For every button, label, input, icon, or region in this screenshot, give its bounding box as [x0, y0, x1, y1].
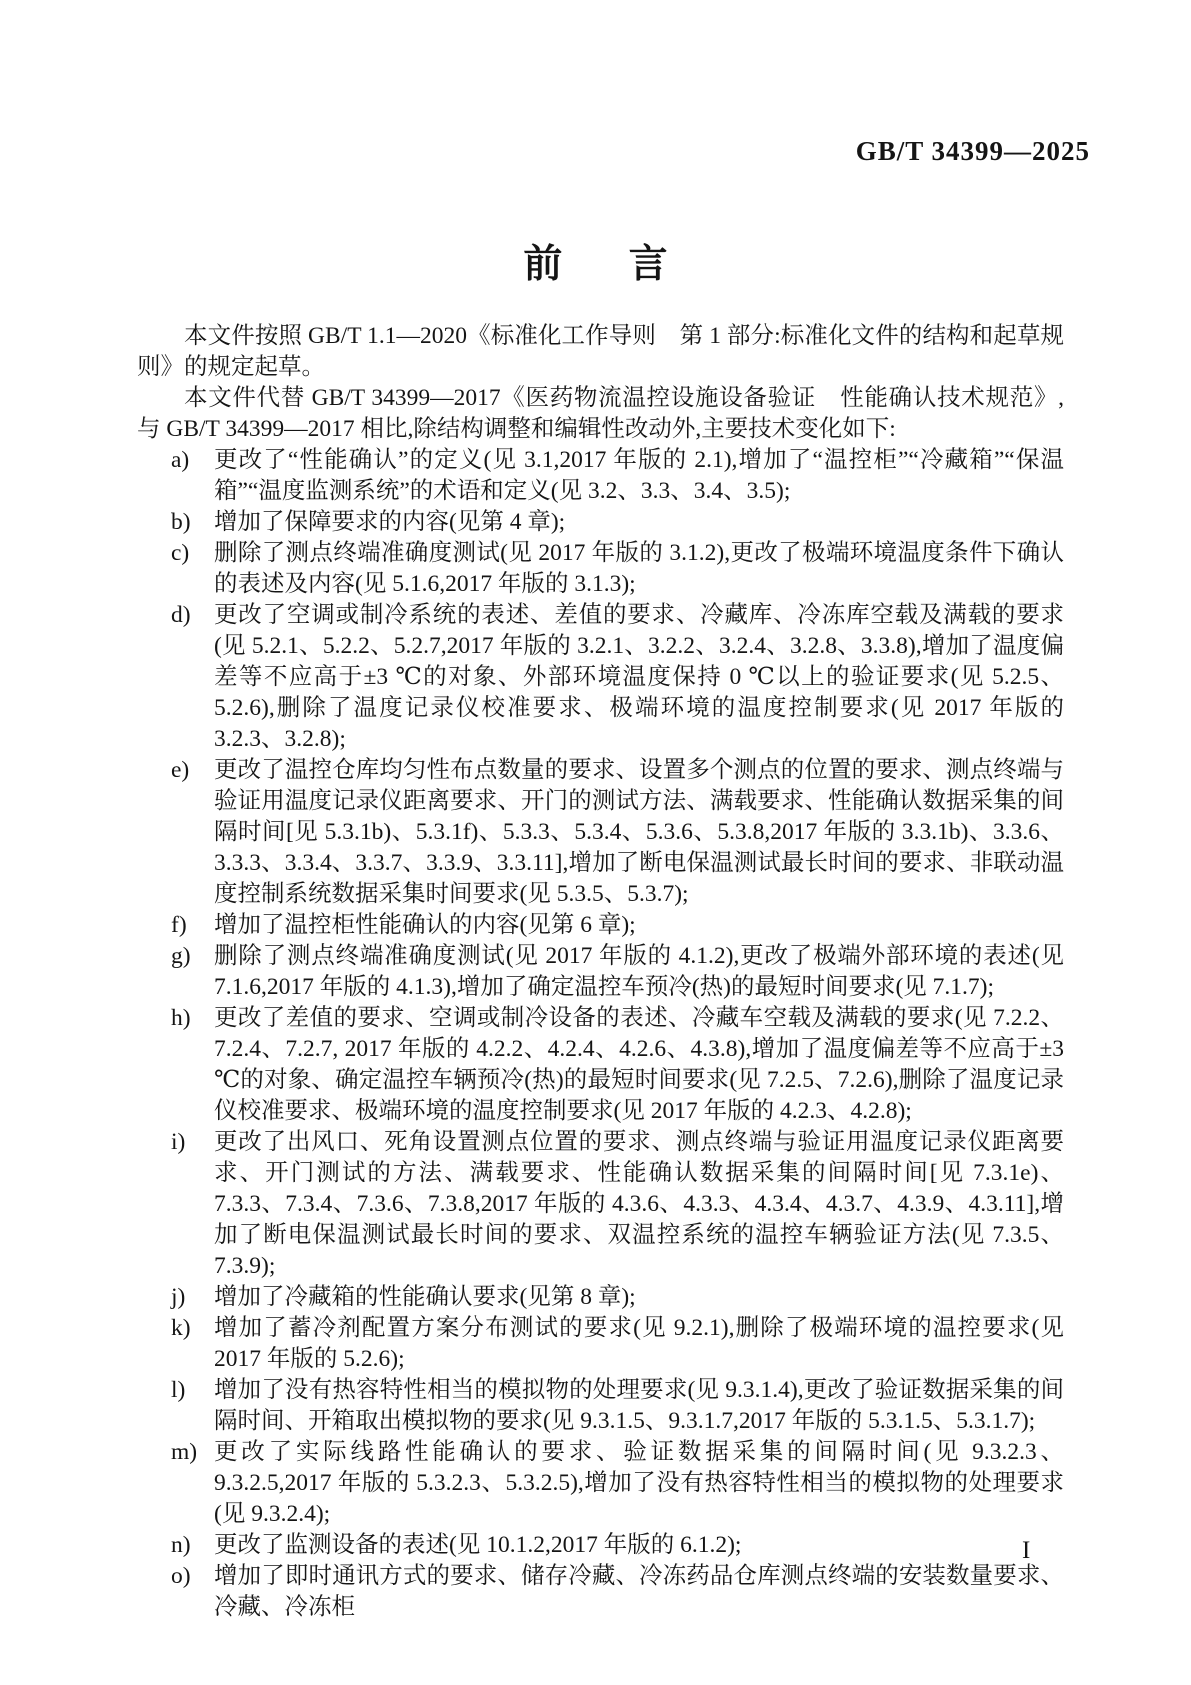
- change-item: i) 更改了出风口、死角设置测点位置的要求、测点终端与验证用温度记录仪距离要求、…: [171, 1127, 1064, 1282]
- change-item: j) 增加了冷藏箱的性能确认要求(见第 8 章);: [171, 1282, 1064, 1313]
- change-item-label: d): [171, 600, 214, 755]
- change-item-text: 删除了测点终端准确度测试(见 2017 年版的 4.1.2),更改了极端外部环境…: [214, 941, 1064, 1003]
- change-item: o) 增加了即时通讯方式的要求、储存冷藏、冷冻药品仓库测点终端的安装数量要求、冷…: [171, 1561, 1064, 1623]
- change-item-label: o): [171, 1561, 214, 1623]
- change-item-text: 删除了测点终端准确度测试(见 2017 年版的 3.1.2),更改了极端环境温度…: [214, 538, 1064, 600]
- change-item-text: 更改了“性能确认”的定义(见 3.1,2017 年版的 2.1),增加了“温控柜…: [214, 445, 1064, 507]
- change-item-label: a): [171, 445, 214, 507]
- intro-paragraph: 本文件按照 GB/T 1.1—2020《标准化工作导则 第 1 部分:标准化文件…: [137, 321, 1064, 383]
- change-item: h) 更改了差值的要求、空调或制冷设备的表述、冷藏车空载及满载的要求(见 7.2…: [171, 1003, 1064, 1127]
- change-item-text: 增加了即时通讯方式的要求、储存冷藏、冷冻药品仓库测点终端的安装数量要求、冷藏、冷…: [214, 1561, 1064, 1623]
- change-item-text: 增加了温控柜性能确认的内容(见第 6 章);: [214, 910, 1064, 941]
- change-item-text: 更改了差值的要求、空调或制冷设备的表述、冷藏车空载及满载的要求(见 7.2.2、…: [214, 1003, 1064, 1127]
- change-item-text: 更改了实际线路性能确认的要求、验证数据采集的间隔时间(见 9.3.2.3、9.3…: [214, 1437, 1064, 1530]
- change-item-label: j): [171, 1282, 214, 1313]
- change-item-label: h): [171, 1003, 214, 1127]
- change-item: k) 增加了蓄冷剂配置方案分布测试的要求(见 9.2.1),删除了极端环境的温控…: [171, 1313, 1064, 1375]
- change-item-label: g): [171, 941, 214, 1003]
- change-item-text: 更改了监测设备的表述(见 10.1.2,2017 年版的 6.1.2);: [214, 1530, 1064, 1561]
- change-item-text: 增加了冷藏箱的性能确认要求(见第 8 章);: [214, 1282, 1064, 1313]
- change-item-text: 增加了没有热容特性相当的模拟物的处理要求(见 9.3.1.4),更改了验证数据采…: [214, 1375, 1064, 1437]
- changes-list: a) 更改了“性能确认”的定义(见 3.1,2017 年版的 2.1),增加了“…: [137, 445, 1064, 1623]
- change-item-label: c): [171, 538, 214, 600]
- page-number: I: [1022, 1537, 1030, 1565]
- change-item: d) 更改了空调或制冷系统的表述、差值的要求、冷藏库、冷冻库空载及满载的要求(见…: [171, 600, 1064, 755]
- change-item-label: b): [171, 507, 214, 538]
- change-item: a) 更改了“性能确认”的定义(见 3.1,2017 年版的 2.1),增加了“…: [171, 445, 1064, 507]
- page-title: 前 言: [0, 233, 1191, 289]
- change-item: m) 更改了实际线路性能确认的要求、验证数据采集的间隔时间(见 9.3.2.3、…: [171, 1437, 1064, 1530]
- change-item-label: i): [171, 1127, 214, 1282]
- foreword-content: 本文件按照 GB/T 1.1—2020《标准化工作导则 第 1 部分:标准化文件…: [137, 321, 1064, 1623]
- change-item: f) 增加了温控柜性能确认的内容(见第 6 章);: [171, 910, 1064, 941]
- change-item-text: 增加了蓄冷剂配置方案分布测试的要求(见 9.2.1),删除了极端环境的温控要求(…: [214, 1313, 1064, 1375]
- change-item: l) 增加了没有热容特性相当的模拟物的处理要求(见 9.3.1.4),更改了验证…: [171, 1375, 1064, 1437]
- change-item-text: 更改了温控仓库均匀性布点数量的要求、设置多个测点的位置的要求、测点终端与验证用温…: [214, 755, 1064, 910]
- standard-number: GB/T 34399—2025: [856, 136, 1090, 167]
- change-item: g) 删除了测点终端准确度测试(见 2017 年版的 4.1.2),更改了极端外…: [171, 941, 1064, 1003]
- change-item: e) 更改了温控仓库均匀性布点数量的要求、设置多个测点的位置的要求、测点终端与验…: [171, 755, 1064, 910]
- change-item-label: f): [171, 910, 214, 941]
- change-item-text: 增加了保障要求的内容(见第 4 章);: [214, 507, 1064, 538]
- change-item-label: e): [171, 755, 214, 910]
- change-item-label: n): [171, 1530, 214, 1561]
- intro-paragraph: 本文件代替 GB/T 34399—2017《医药物流温控设施设备验证 性能确认技…: [137, 383, 1064, 445]
- change-item-label: l): [171, 1375, 214, 1437]
- change-item-label: m): [171, 1437, 214, 1530]
- change-item: n) 更改了监测设备的表述(见 10.1.2,2017 年版的 6.1.2);: [171, 1530, 1064, 1561]
- change-item: c) 删除了测点终端准确度测试(见 2017 年版的 3.1.2),更改了极端环…: [171, 538, 1064, 600]
- change-item-text: 更改了空调或制冷系统的表述、差值的要求、冷藏库、冷冻库空载及满载的要求(见 5.…: [214, 600, 1064, 755]
- change-item-label: k): [171, 1313, 214, 1375]
- document-page: GB/T 34399—2025 前 言 本文件按照 GB/T 1.1—2020《…: [0, 0, 1191, 1685]
- change-item: b) 增加了保障要求的内容(见第 4 章);: [171, 507, 1064, 538]
- change-item-text: 更改了出风口、死角设置测点位置的要求、测点终端与验证用温度记录仪距离要求、开门测…: [214, 1127, 1064, 1282]
